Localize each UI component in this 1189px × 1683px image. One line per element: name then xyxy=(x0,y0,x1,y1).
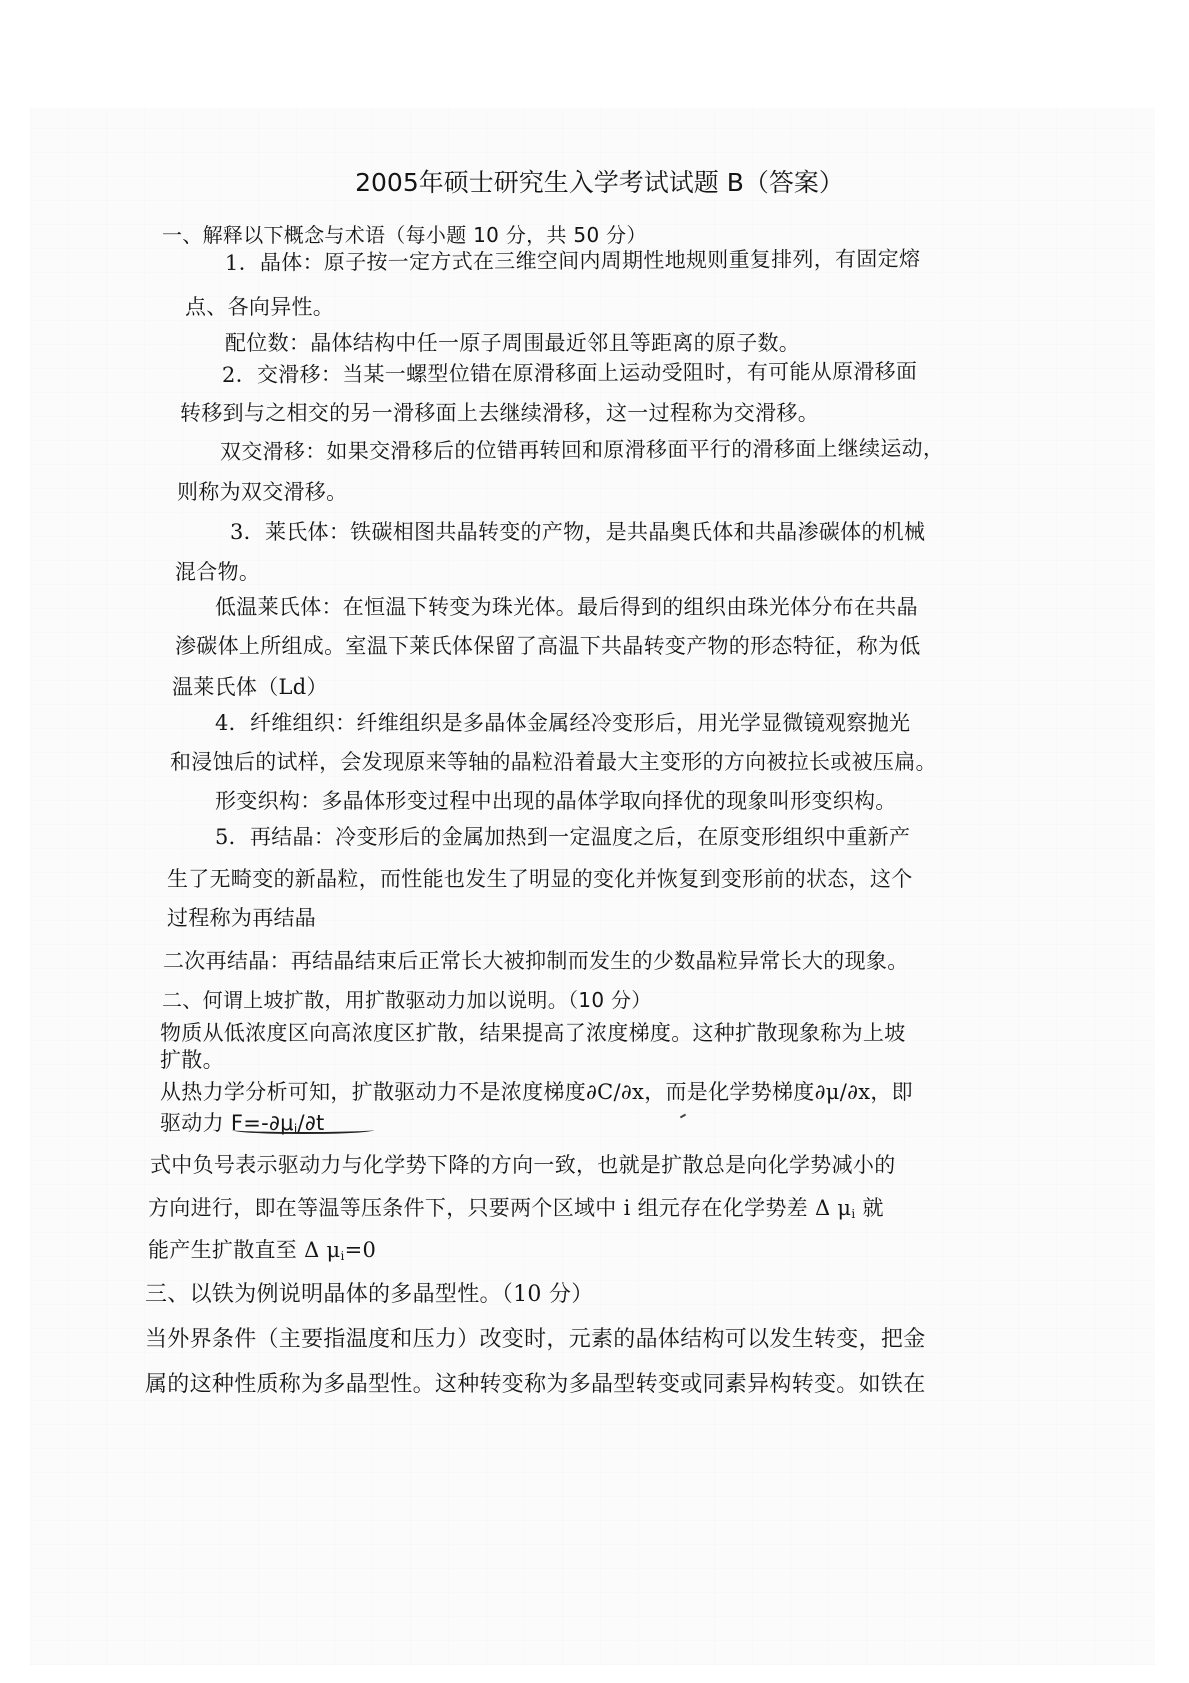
section-1-heading: 一、解释以下概念与术语（每小题 10 分，共 50 分） xyxy=(162,222,647,248)
paragraph-line: 2．交滑移：当某一螺型位错在原滑移面上运动受阻时，有可能从原滑移面 xyxy=(222,358,917,388)
paragraph-line: 方向进行，即在等温等压条件下，只要两个区域中 i 组元存在化学势差 Δ μi 就 xyxy=(148,1195,884,1227)
paragraph-line: 低温莱氏体：在恒温下转变为珠光体。最后得到的组织由珠光体分布在共晶 xyxy=(215,594,918,620)
paragraph-line: 属的这种性质称为多晶型性。这种转变称为多晶型转变或同素异构转变。如铁在 xyxy=(145,1372,926,1398)
section-2-heading: 二、何谓上坡扩散，用扩散驱动力加以说明。（10 分） xyxy=(162,987,652,1013)
paragraph-line: 生了无畸变的新晶粒，而性能也发生了明显的变化并恢复到变形前的状态，这个 xyxy=(167,866,913,892)
paragraph-line: 物质从低浓度区向高浓度区扩散，结果提高了浓度梯度。这种扩散现象称为上坡 xyxy=(160,1020,906,1046)
paragraph-line: 则称为双交滑移。 xyxy=(177,479,347,505)
paragraph-line: 转移到与之相交的另一滑移面上去继续滑移，这一过程称为交滑移。 xyxy=(180,400,819,426)
paragraph-line: 能产生扩散直至 Δ μi=0 xyxy=(148,1237,376,1269)
paragraph-line: 当外界条件（主要指温度和压力）改变时，元素的晶体结构可以发生转变，把金 xyxy=(145,1327,926,1353)
paragraph-line: 配位数：晶体结构中任一原子周围最近邻且等距离的原子数。 xyxy=(225,330,800,356)
paragraph-line: 4．纤维组织：纤维组织是多晶体金属经冷变形后，用光学显微镜观察抛光 xyxy=(215,710,910,736)
paragraph-line: 温莱氏体（Ld） xyxy=(172,674,328,700)
paragraph-line: 渗碳体上所组成。室温下莱氏体保留了高温下共晶转变产物的形态特征，称为低 xyxy=(175,633,921,659)
handwritten-underline xyxy=(232,1126,374,1134)
paragraph-line: 从热力学分析可知，扩散驱动力不是浓度梯度∂C/∂x，而是化学势梯度∂μ/∂x，即 xyxy=(160,1079,913,1105)
paragraph-line: 式中负号表示驱动力与化学势下降的方向一致，也就是扩散总是向化学势减小的 xyxy=(150,1152,896,1178)
paragraph-line: 二次再结晶：再结晶结束后正常长大被抑制而发生的少数晶粒异常长大的现象。 xyxy=(163,948,909,974)
page-title: 2005年硕士研究生入学考试试题 B（答案） xyxy=(0,167,1189,199)
paragraph-line: 双交滑移：如果交滑移后的位错再转回和原滑移面平行的滑移面上继续运动， xyxy=(220,435,944,465)
paragraph-line: 和浸蚀后的试样，会发现原来等轴的晶粒沿着最大主变形的方向被拉长或被压扁。 xyxy=(170,749,937,775)
section-3-heading: 三、以铁为例说明晶体的多晶型性。（10 分） xyxy=(145,1282,594,1308)
paragraph-line: 形变织构：多晶体形变过程中出现的晶体学取向择优的现象叫形变织构。 xyxy=(215,788,897,814)
paragraph-line: 5．再结晶：冷变形后的金属加热到一定温度之后，在原变形组织中重新产 xyxy=(215,824,910,850)
paragraph-line: 过程称为再结晶 xyxy=(167,905,316,931)
paragraph-line: 3．莱氏体：铁碳相图共晶转变的产物，是共晶奥氏体和共晶渗碳体的机械 xyxy=(230,519,925,545)
paragraph-line: 混合物。 xyxy=(175,559,260,585)
paragraph-line: 点、各向异性。 xyxy=(185,294,334,320)
paragraph-line: 扩散。 xyxy=(160,1047,224,1073)
paragraph-line: 1．晶体：原子按一定方式在三维空间内周期性地规则重复排列，有固定熔 xyxy=(225,246,920,276)
formula-label: 驱动力 xyxy=(160,1111,231,1135)
